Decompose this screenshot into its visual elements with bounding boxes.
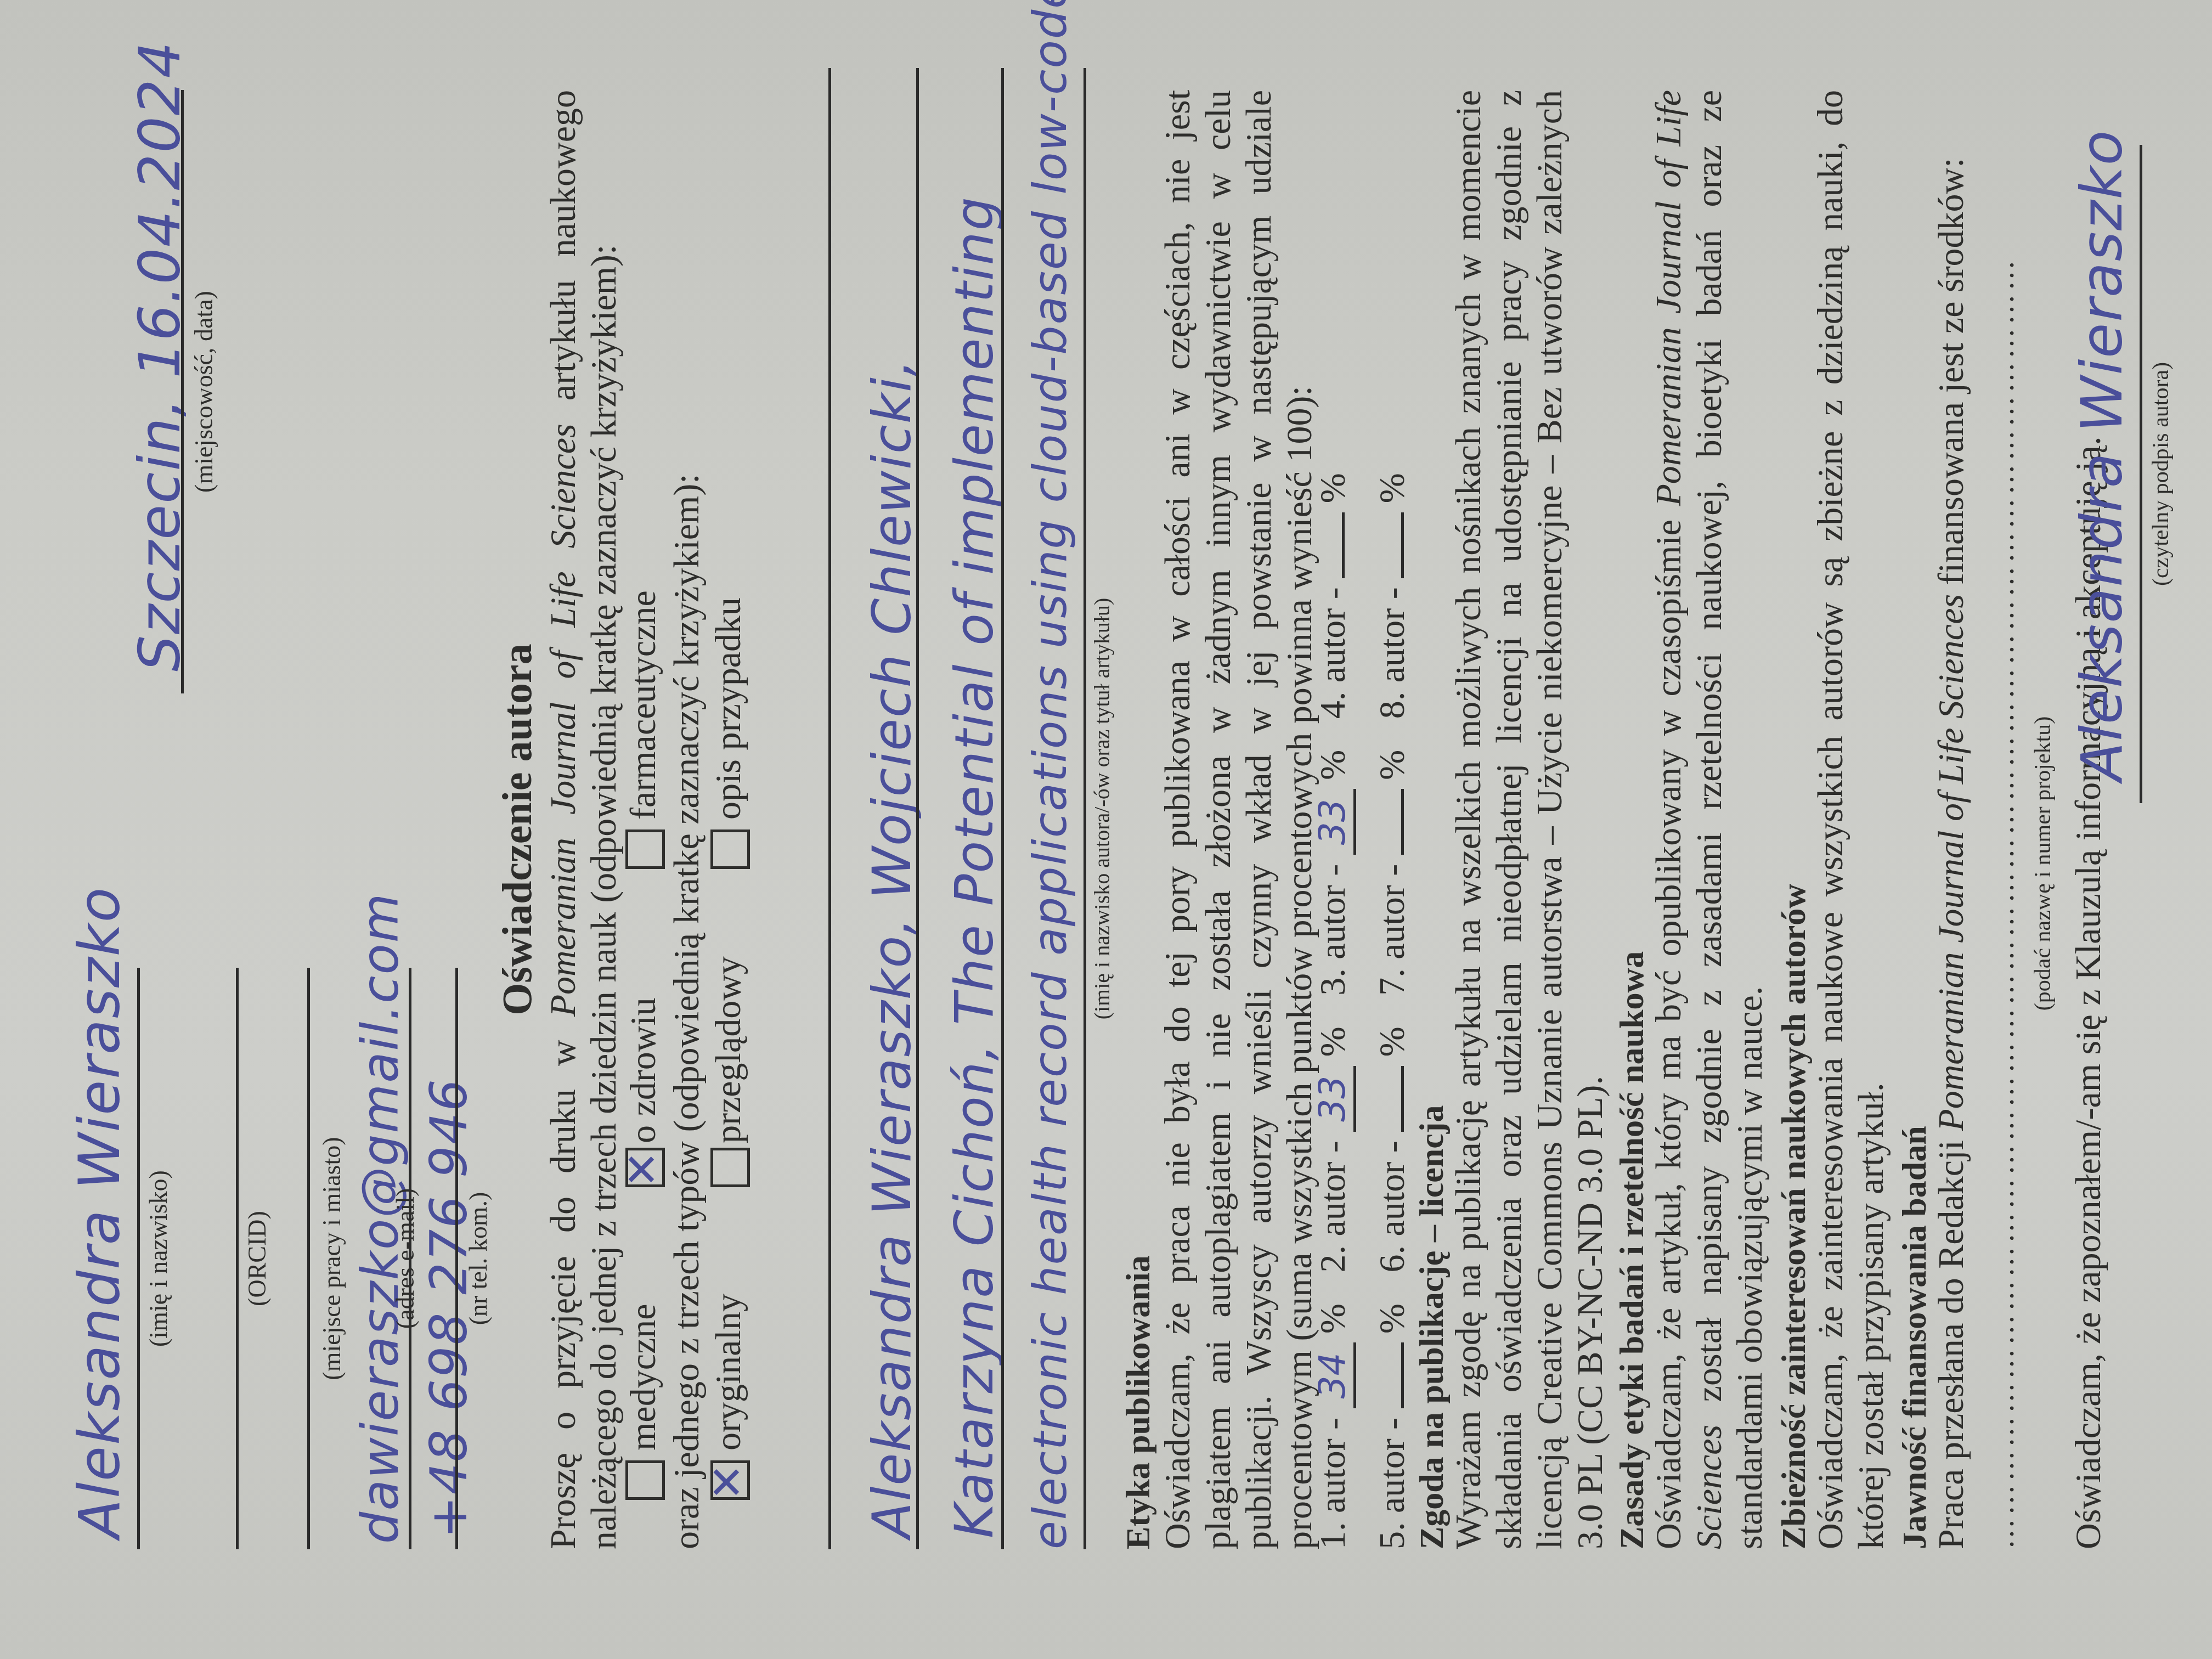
author-6-share-field[interactable] bbox=[1401, 1066, 1404, 1132]
author-shares-row-1: 1. autor - 34 % 2. autor - 33 % 3. autor… bbox=[1311, 451, 1356, 1549]
journal-name: Pomeranian Journal of Life Sciences bbox=[543, 424, 583, 1017]
article-authors-line2[interactable]: Katarzyna Cichoń, The Potential of imple… bbox=[944, 196, 1005, 1538]
checkbox-medyczne[interactable] bbox=[625, 1460, 665, 1500]
orcid-line[interactable] bbox=[236, 968, 239, 1549]
license-heading: Zgoda na publikację – licencja bbox=[1413, 1105, 1452, 1549]
article-title-line3[interactable]: electronic health record applications us… bbox=[1023, 0, 1077, 1549]
author-shares-row-2: 5. autor - % 6. autor - % 7. autor - % 8… bbox=[1372, 451, 1413, 1549]
email-caption: (adres e-mail) bbox=[391, 968, 420, 1549]
author-2-share-field[interactable]: 33 bbox=[1311, 1066, 1356, 1132]
signature-field[interactable]: Aleksandra Wieraszko bbox=[2068, 129, 2135, 781]
label-oryginalny: oryginalny bbox=[708, 1294, 749, 1451]
article-authors-line1[interactable]: Aleksandra Wieraszko, Wojciech Chlewicki… bbox=[861, 359, 923, 1539]
checkbox-farmaceutyczne[interactable] bbox=[625, 830, 665, 869]
author-3-share-field[interactable]: 33 bbox=[1311, 789, 1356, 855]
label-opis-przypadku: opis przypadku bbox=[708, 597, 749, 820]
name-caption: (imię i nazwisko) bbox=[144, 968, 173, 1549]
article-line-3 bbox=[1084, 68, 1086, 1549]
article-caption: (imię i nazwisko autora/-ów oraz tytuł a… bbox=[1089, 68, 1115, 1549]
phone-caption: (nr tel. kom.) bbox=[464, 968, 493, 1549]
author-7-share-field[interactable] bbox=[1401, 789, 1404, 855]
author-declaration-page: Aleksandra Wieraszko (imię i nazwisko) (… bbox=[0, 0, 2212, 1659]
name-line bbox=[137, 968, 140, 1549]
author-8-share-field[interactable] bbox=[1401, 512, 1404, 578]
workplace-caption: (miejsce pracy i miasto) bbox=[317, 968, 346, 1549]
phone-line bbox=[455, 968, 458, 1549]
signature-caption: (czytelny podpis autora) bbox=[2148, 145, 2174, 803]
name-field[interactable]: Aleksandra Wieraszko bbox=[66, 887, 133, 1538]
checkbox-oryginalny[interactable]: ✕ bbox=[710, 1460, 750, 1500]
checkbox-o-zdrowiu[interactable]: ✕ bbox=[625, 1148, 665, 1187]
request-paragraph: Proszę o przyjęcie do druku w Pomeranian… bbox=[543, 90, 624, 1549]
workplace-line[interactable] bbox=[307, 968, 310, 1549]
place-date-caption: (miejscowość, data) bbox=[189, 90, 218, 693]
ethics-heading: Etyka publikowania bbox=[1119, 1255, 1158, 1549]
funding-caption: (podać nazwę i numer projektu) bbox=[2030, 617, 2056, 1110]
funding-source-field[interactable]: …………………………………………………………………………………………………… bbox=[1986, 145, 2021, 1549]
funding-heading: Jawność finansowania badań bbox=[1895, 1126, 1934, 1549]
check-mark-icon: ✕ bbox=[706, 1464, 749, 1500]
page-title: Oświadczenie autora bbox=[494, 0, 541, 1659]
research-ethics-text: Oświadczam, że artykuł, który ma być opu… bbox=[1649, 90, 1770, 1549]
signature-line bbox=[2140, 145, 2142, 803]
author-1-share-field[interactable]: 34 bbox=[1311, 1342, 1356, 1408]
ethics-text: Oświadczam, że praca nie była do tej por… bbox=[1158, 90, 1320, 1549]
label-o-zdrowiu: o zdrowiu bbox=[623, 997, 664, 1143]
types-intro: oraz jednego z trzech typów (odpowiednią… bbox=[667, 90, 707, 1549]
article-line-2 bbox=[1001, 68, 1004, 1549]
checkbox-opis-przypadku[interactable] bbox=[710, 830, 750, 869]
label-medyczne: medyczne bbox=[623, 1304, 664, 1451]
license-text: Wyrażam zgodę na publikację artykułu na … bbox=[1448, 90, 1611, 1549]
interests-text: Oświadczam, że zainteresowania naukowe w… bbox=[1810, 90, 1892, 1549]
article-line-0 bbox=[828, 68, 831, 1549]
request-text-before: Proszę o przyjęcie do druku w bbox=[543, 1040, 583, 1549]
article-line-1 bbox=[916, 68, 919, 1549]
place-date-line bbox=[181, 90, 184, 693]
research-ethics-heading: Zasady etyki badań i rzetelność naukowa bbox=[1613, 951, 1652, 1549]
label-przegladowy: przeglądowy bbox=[708, 956, 749, 1143]
funding-text: Praca przesłana do Redakcji Pomeranian J… bbox=[1931, 90, 1972, 1549]
author-4-share-field[interactable] bbox=[1342, 512, 1345, 578]
author-5-share-field[interactable] bbox=[1401, 1342, 1404, 1408]
interests-heading: Zbieżność zainteresowań naukowych autoró… bbox=[1775, 884, 1814, 1549]
check-mark-icon: ✕ bbox=[620, 1151, 664, 1188]
checkbox-przegladowy[interactable] bbox=[710, 1148, 750, 1187]
label-farmaceutyczne: farmaceutyczne bbox=[623, 590, 664, 820]
orcid-caption: (ORCID) bbox=[242, 968, 272, 1549]
